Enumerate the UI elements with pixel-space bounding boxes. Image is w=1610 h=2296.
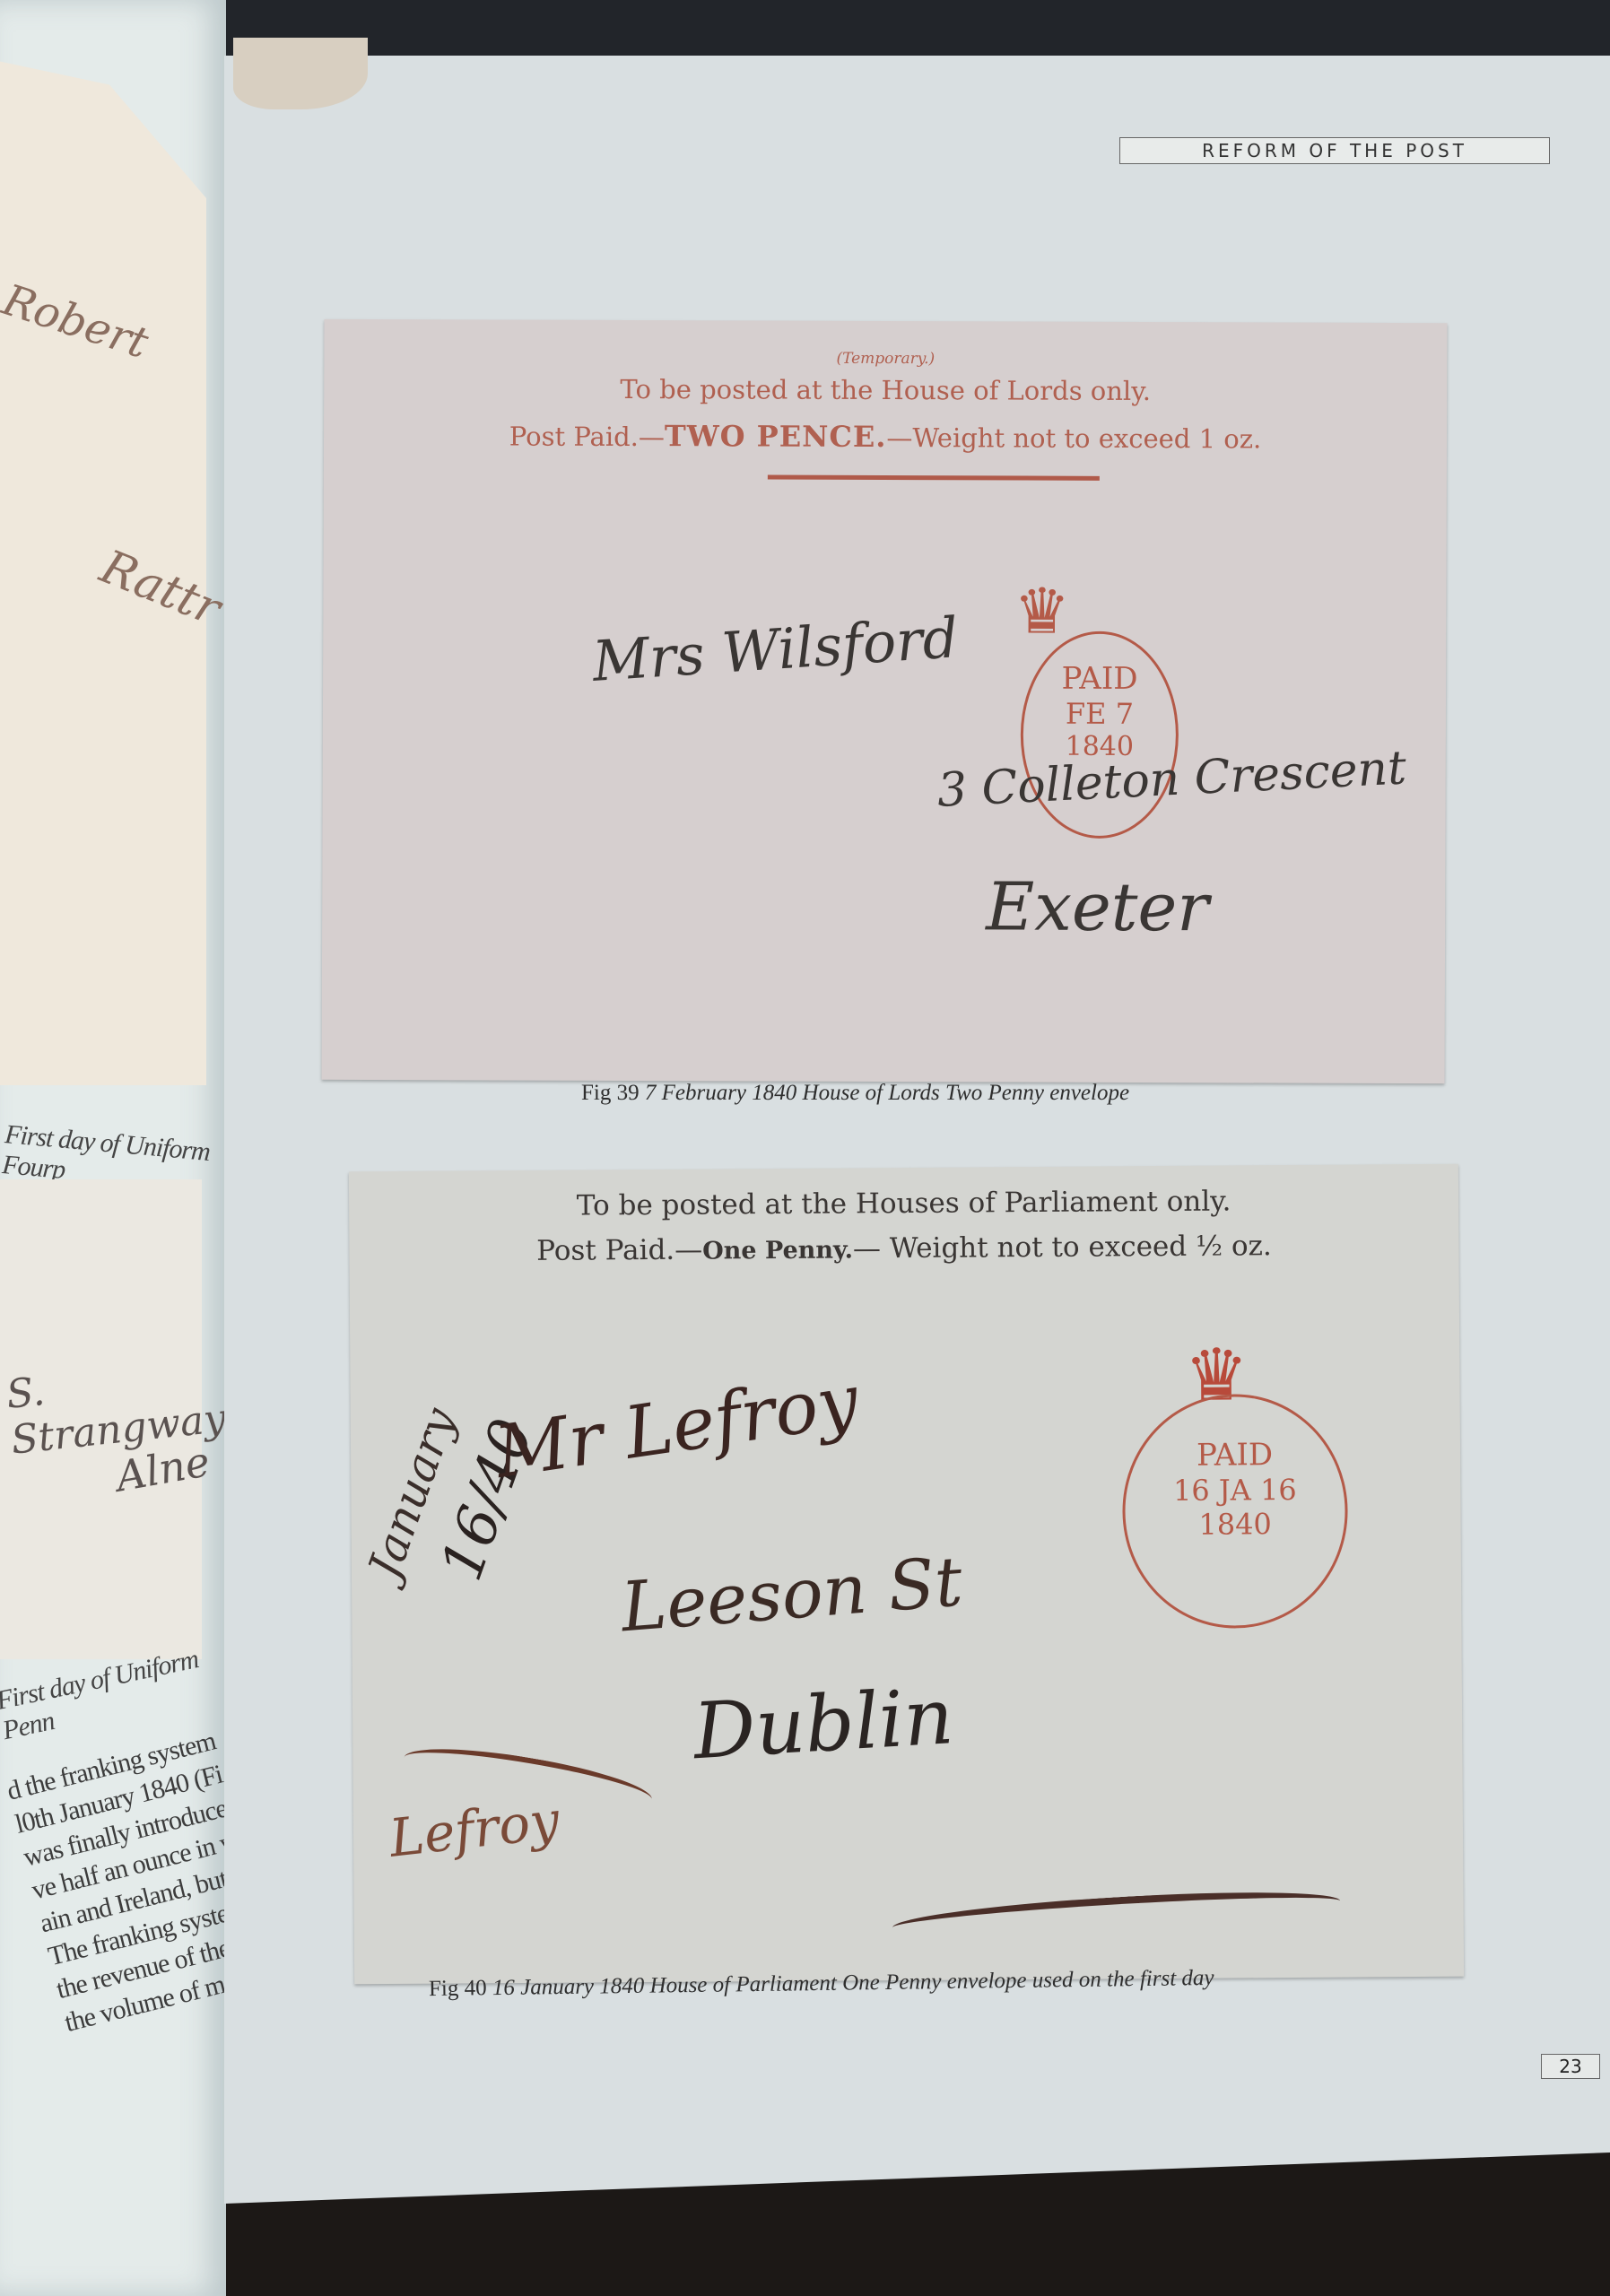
running-head: REFORM OF THE POST: [1119, 137, 1550, 164]
envelope-line1: To be posted at the Houses of Parliament…: [349, 1184, 1458, 1224]
address-street: Leeson St: [618, 1541, 965, 1647]
line2-suffix: — Weight not to exceed ½ oz.: [853, 1230, 1272, 1265]
caption-label: Fig 39: [581, 1081, 640, 1105]
envelope-house-of-lords: (Temporary.) To be posted at the House o…: [322, 319, 1448, 1083]
envelope-line2: Post Paid.—TWO PENCE.—Weight not to exce…: [324, 418, 1447, 456]
caption-text: 7 February 1840 House of Lords Two Penny…: [645, 1081, 1129, 1105]
line2-bold: One Penny.: [702, 1236, 853, 1265]
envelope-houses-of-parliament: To be posted at the Houses of Parliament…: [349, 1164, 1464, 1985]
line2-bold: TWO PENCE.: [665, 419, 887, 454]
address-city: Dublin: [691, 1672, 955, 1777]
caption-label: Fig 40: [429, 1976, 487, 2001]
line2-prefix: Post Paid.—: [509, 422, 665, 453]
ink-underline: [892, 1884, 1341, 1945]
envelope-line1: To be posted at the House of Lords only.: [324, 373, 1447, 407]
postmark-line1: PAID: [1125, 1437, 1345, 1474]
line2-suffix: —Weight not to exceed 1 oz.: [886, 422, 1261, 454]
address-city: Exeter: [986, 868, 1209, 946]
postmark-paid: PAID 16 JA 16 1840: [1122, 1394, 1349, 1630]
address-street: 3 Colleton Crescent: [936, 741, 1408, 817]
torn-paper-edge: [233, 38, 368, 109]
postmark-line1: PAID: [1023, 661, 1176, 698]
crown-icon: ♛: [1014, 582, 1070, 645]
envelope-temporary-label: (Temporary.): [324, 348, 1447, 370]
address-name: Mrs Wilsford: [590, 604, 960, 694]
figure-caption-39: Fig 39 7 February 1840 House of Lords Tw…: [581, 1081, 1129, 1106]
postmark-line2: 16 JA 16: [1125, 1473, 1345, 1509]
decorative-rule: [768, 475, 1100, 481]
postmark-line2: FE 7: [1023, 697, 1176, 732]
line2-prefix: Post Paid.—: [536, 1234, 702, 1267]
page-number: 23: [1541, 2054, 1600, 2079]
envelope-line2: Post Paid.—One Penny.— Weight not to exc…: [349, 1229, 1458, 1269]
address-name: Mr Lefroy: [490, 1359, 863, 1494]
postmark-line3: 1840: [1125, 1507, 1345, 1543]
sender-signature: Lefroy: [387, 1789, 562, 1869]
left-page: Robert Rattr First day of Uniform Fourp …: [0, 0, 226, 2296]
